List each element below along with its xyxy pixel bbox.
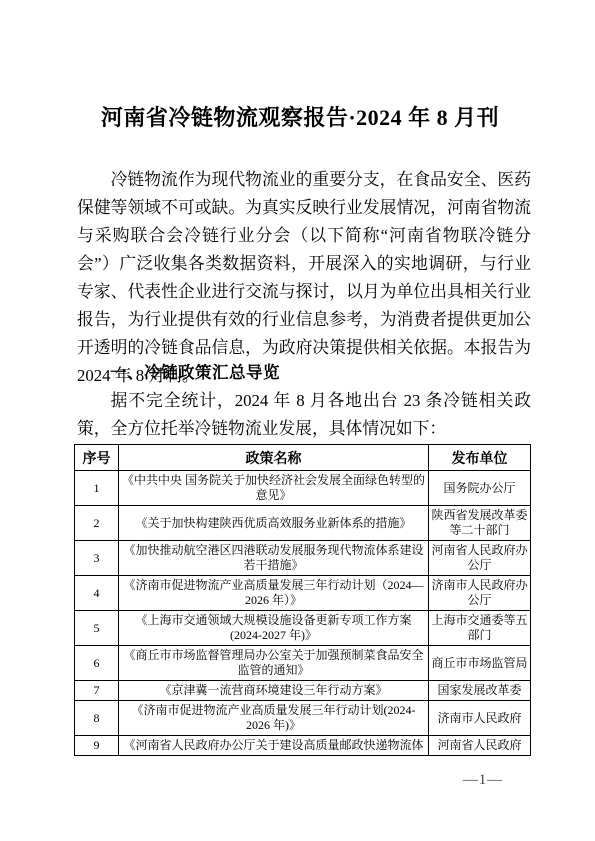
table-row: 2《关于加快构建陕西优质高效服务业新体系的措施》陕西省发展改革委等二十部门 [75,506,531,541]
intro-paragraph: 冷链物流作为现代物流业的重要分支，在食品安全、医药保健等领域不可或缺。为真实反映… [77,166,531,390]
table-row: 5《上海市交通领域大规模设施设备更新专项工作方案(2024-2027 年)》上海… [75,611,531,646]
column-header-index: 序号 [75,445,119,471]
row-index-cell: 8 [75,701,119,736]
row-index-cell: 2 [75,506,119,541]
table-row: 3《加快推动航空港区四港联动发展服务现代物流体系建设若干措施》河南省人民政府办公… [75,541,531,576]
column-header-policy-name: 政策名称 [119,445,429,471]
policy-name-cell: 《济南市促进物流产业高质量发展三年行动计划(2024-2026 年)》 [119,701,429,736]
policy-name-cell: 《河南省人民政府办公厅关于建设高质量邮政快递物流体 [119,736,429,756]
issuing-unit-cell: 国家发展改革委 [429,681,531,701]
issuing-unit-cell: 河南省人民政府办公厅 [429,541,531,576]
table-header-row: 序号 政策名称 发布单位 [75,445,531,471]
document-page: 河南省冷链物流观察报告·2024 年 8 月刊 冷链物流作为现代物流业的重要分支… [0,0,595,841]
table-row: 7《京津冀一流营商环境建设三年行动方案》国家发展改革委 [75,681,531,701]
row-index-cell: 4 [75,576,119,611]
policy-name-cell: 《京津冀一流营商环境建设三年行动方案》 [119,681,429,701]
row-index-cell: 6 [75,646,119,681]
policy-name-cell: 《济南市促进物流产业高质量发展三年行动计划（2024—2026 年）》 [119,576,429,611]
policy-table: 序号 政策名称 发布单位 1《中共中央 国务院关于加快经济社会发展全面绿色转型的… [74,444,531,756]
policy-name-cell: 《关于加快构建陕西优质高效服务业新体系的措施》 [119,506,429,541]
policy-name-cell: 《加快推动航空港区四港联动发展服务现代物流体系建设若干措施》 [119,541,429,576]
issuing-unit-cell: 上海市交通委等五部门 [429,611,531,646]
table-row: 8《济南市促进物流产业高质量发展三年行动计划(2024-2026 年)》济南市人… [75,701,531,736]
row-index-cell: 1 [75,471,119,506]
section-heading: 一、冷链政策汇总导览 [77,361,531,386]
policy-name-cell: 《上海市交通领域大规模设施设备更新专项工作方案(2024-2027 年)》 [119,611,429,646]
issuing-unit-cell: 河南省人民政府 [429,736,531,756]
table-row: 9《河南省人民政府办公厅关于建设高质量邮政快递物流体河南省人民政府 [75,736,531,756]
policy-name-cell: 《商丘市市场监督管理局办公室关于加强预制菜食品安全监管的通知》 [119,646,429,681]
issuing-unit-cell: 国务院办公厅 [429,471,531,506]
policy-name-cell: 《中共中央 国务院关于加快经济社会发展全面绿色转型的意见》 [119,471,429,506]
row-index-cell: 3 [75,541,119,576]
report-title: 河南省冷链物流观察报告·2024 年 8 月刊 [70,101,530,132]
issuing-unit-cell: 济南市人民政府 [429,701,531,736]
table-row: 6《商丘市市场监督管理局办公室关于加强预制菜食品安全监管的通知》商丘市市场监管局 [75,646,531,681]
column-header-issuing-unit: 发布单位 [429,445,531,471]
table-row: 4《济南市促进物流产业高质量发展三年行动计划（2024—2026 年）》济南市人… [75,576,531,611]
issuing-unit-cell: 商丘市市场监管局 [429,646,531,681]
policy-table-body: 1《中共中央 国务院关于加快经济社会发展全面绿色转型的意见》国务院办公厅2《关于… [75,471,531,756]
table-row: 1《中共中央 国务院关于加快经济社会发展全面绿色转型的意见》国务院办公厅 [75,471,531,506]
row-index-cell: 9 [75,736,119,756]
row-index-cell: 7 [75,681,119,701]
issuing-unit-cell: 济南市人民政府办公厅 [429,576,531,611]
page-number: —1— [453,772,513,789]
issuing-unit-cell: 陕西省发展改革委等二十部门 [429,506,531,541]
stats-paragraph: 据不完全统计，2024 年 8 月各地出台 23 条冷链相关政策，全方位托举冷链… [77,387,531,443]
row-index-cell: 5 [75,611,119,646]
